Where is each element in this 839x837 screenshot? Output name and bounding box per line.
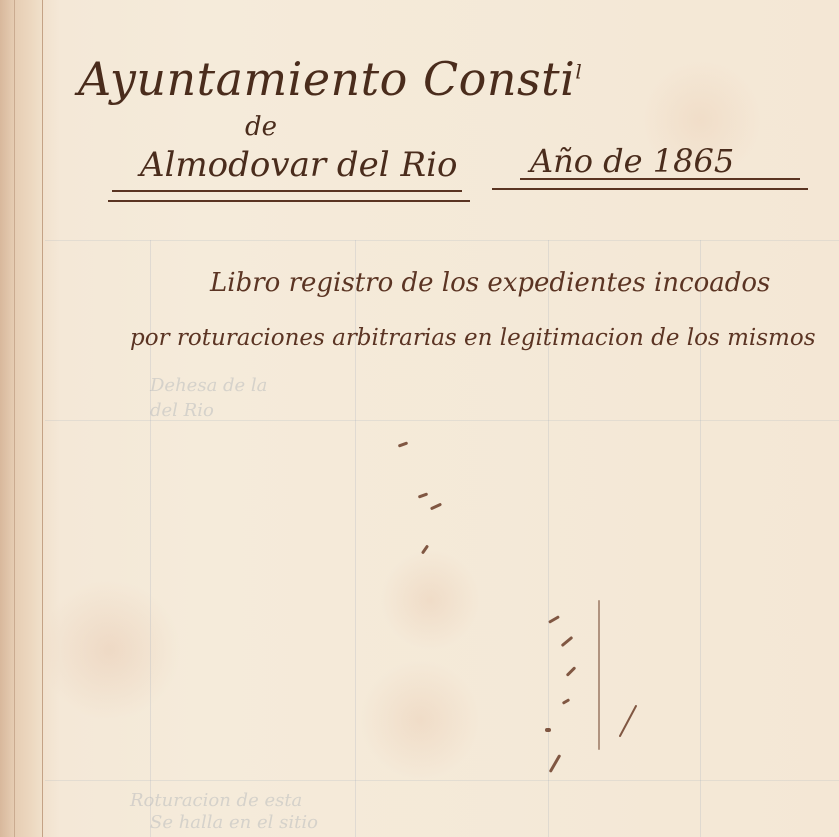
heading-superscript: l	[575, 60, 582, 84]
bleed-through-text: Dehesa de la	[150, 375, 267, 396]
town-name: Almodovar del Rio	[140, 145, 457, 185]
bleed-through-text: del Rio	[150, 400, 214, 421]
ruling-line	[45, 240, 839, 241]
town-underline	[108, 200, 470, 202]
heading-ayuntamiento: Ayuntamiento Constil	[78, 52, 582, 106]
heading-text: Ayuntamiento Consti	[78, 52, 575, 106]
ruling-line	[45, 780, 839, 781]
book-title-line-1: Libro registro de los expedientes incoad…	[210, 268, 770, 298]
bleed-through-text: Roturacion de esta	[130, 790, 302, 811]
ink-mark	[598, 600, 600, 750]
book-title-line-2: por roturaciones arbitrarias en legitima…	[130, 325, 816, 351]
document-page	[0, 0, 839, 837]
spine-edge	[14, 0, 15, 837]
year-underline	[492, 188, 808, 190]
town-underline	[112, 190, 462, 192]
year-label: Año de 1865	[530, 142, 734, 180]
heading-de: de	[245, 112, 277, 142]
ink-mark	[545, 728, 551, 732]
binding-spine	[0, 0, 43, 837]
bleed-through-text: Se halla en el sitio	[150, 812, 318, 833]
year-underline	[520, 178, 800, 180]
